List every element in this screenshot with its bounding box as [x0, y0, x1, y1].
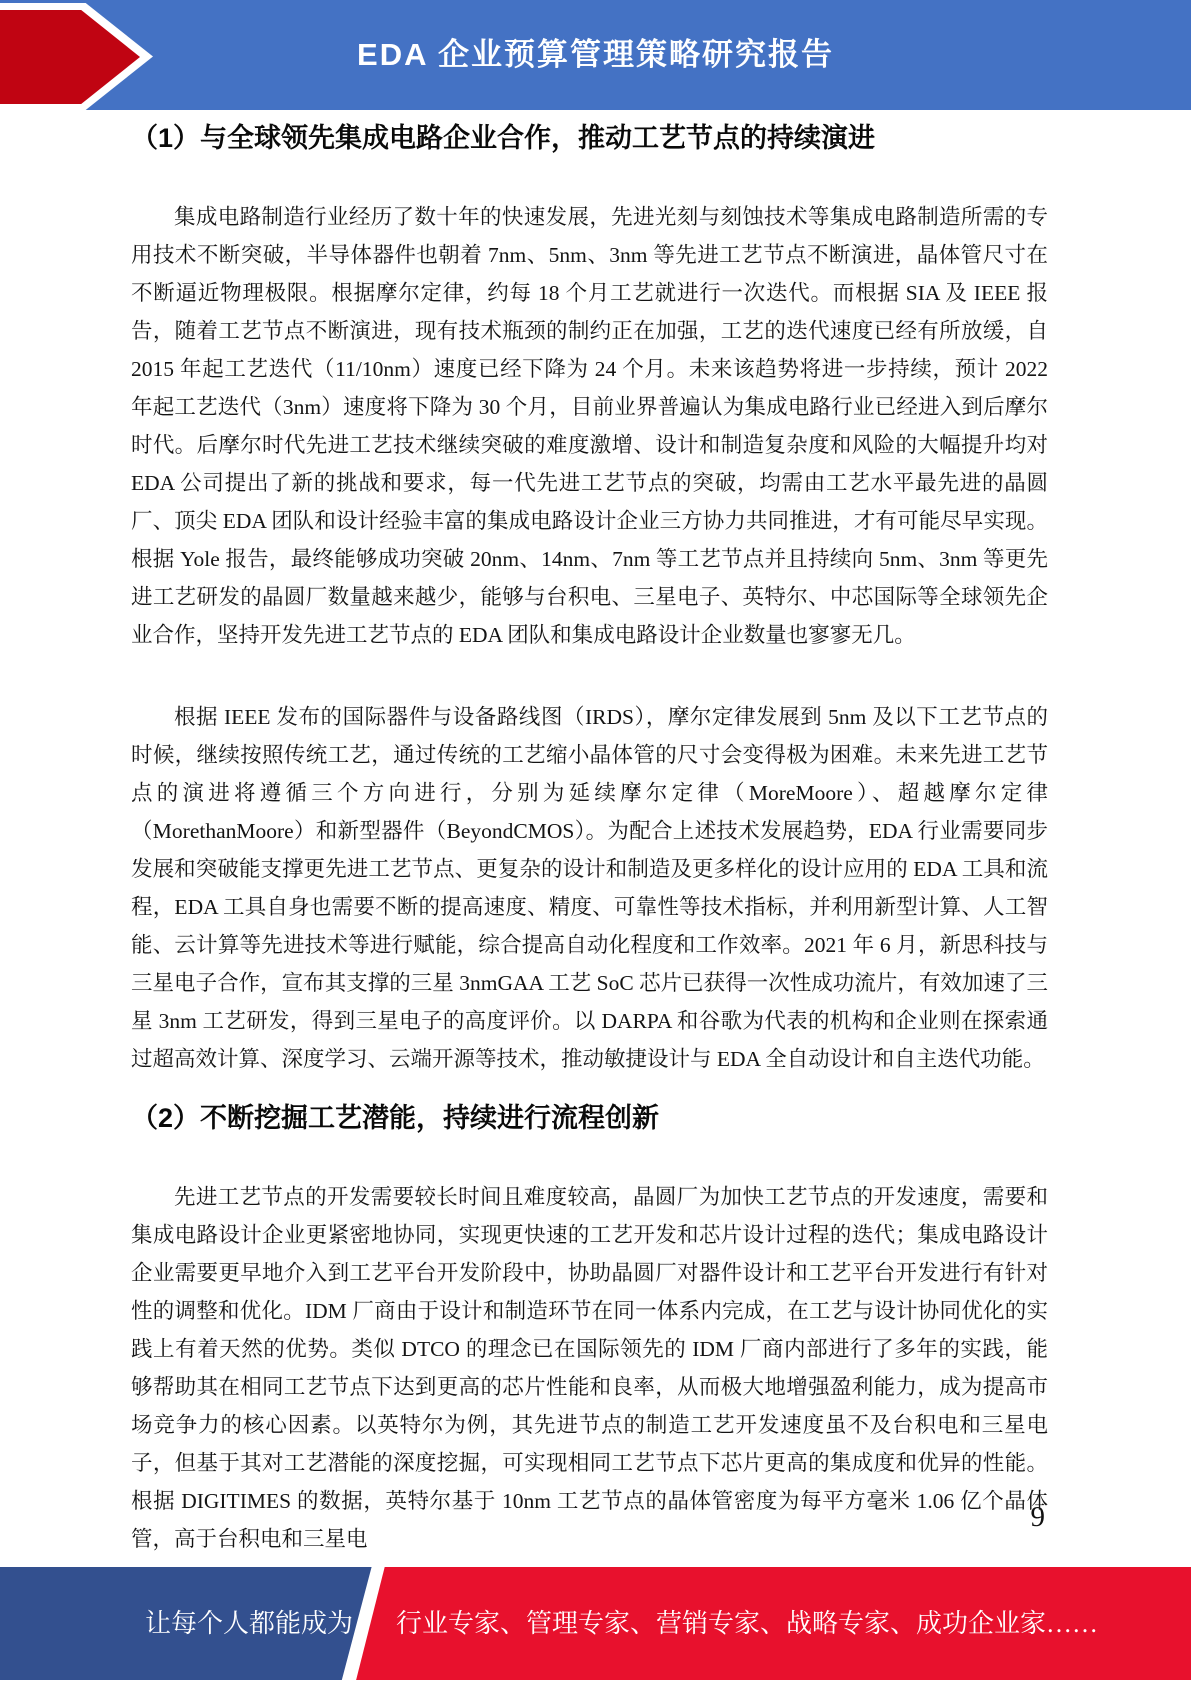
footer-slogan-left: 让每个人都能成为	[145, 1611, 353, 1637]
section-1-paragraph-1: 集成电路制造行业经历了数十年的快速发展，先进光刻与刻蚀技术等集成电路制造所需的专…	[131, 198, 1048, 654]
report-title: EDA 企业预算管理策略研究报告	[0, 39, 1191, 70]
section-1-heading: （1）与全球领先集成电路企业合作，推动工艺节点的持续演进	[131, 118, 1048, 158]
section-2-paragraph-1: 先进工艺节点的开发需要较长时间且难度较高，晶圆厂为加快工艺节点的开发速度，需要和…	[131, 1178, 1048, 1558]
page-number: 9	[1031, 1500, 1046, 1535]
page-header-banner: EDA 企业预算管理策略研究报告	[0, 0, 1191, 110]
section-1: （1）与全球领先集成电路企业合作，推动工艺节点的持续演进 集成电路制造行业经历了…	[131, 118, 1048, 1078]
document-body: （1）与全球领先集成电路企业合作，推动工艺节点的持续演进 集成电路制造行业经历了…	[131, 118, 1048, 1602]
section-1-paragraph-2: 根据 IEEE 发布的国际器件与设备路线图（IRDS），摩尔定律发展到 5nm …	[131, 698, 1048, 1078]
footer-slogan-right: 行业专家、管理专家、营销专家、战略专家、成功企业家……	[396, 1611, 1098, 1637]
section-2-heading: （2）不断挖掘工艺潜能，持续进行流程创新	[131, 1098, 1048, 1138]
page-footer: 让每个人都能成为 行业专家、管理专家、营销专家、战略专家、成功企业家……	[0, 1567, 1191, 1680]
report-page: EDA 企业预算管理策略研究报告 （1）与全球领先集成电路企业合作，推动工艺节点…	[0, 0, 1191, 1684]
section-2: （2）不断挖掘工艺潜能，持续进行流程创新 先进工艺节点的开发需要较长时间且难度较…	[131, 1098, 1048, 1558]
